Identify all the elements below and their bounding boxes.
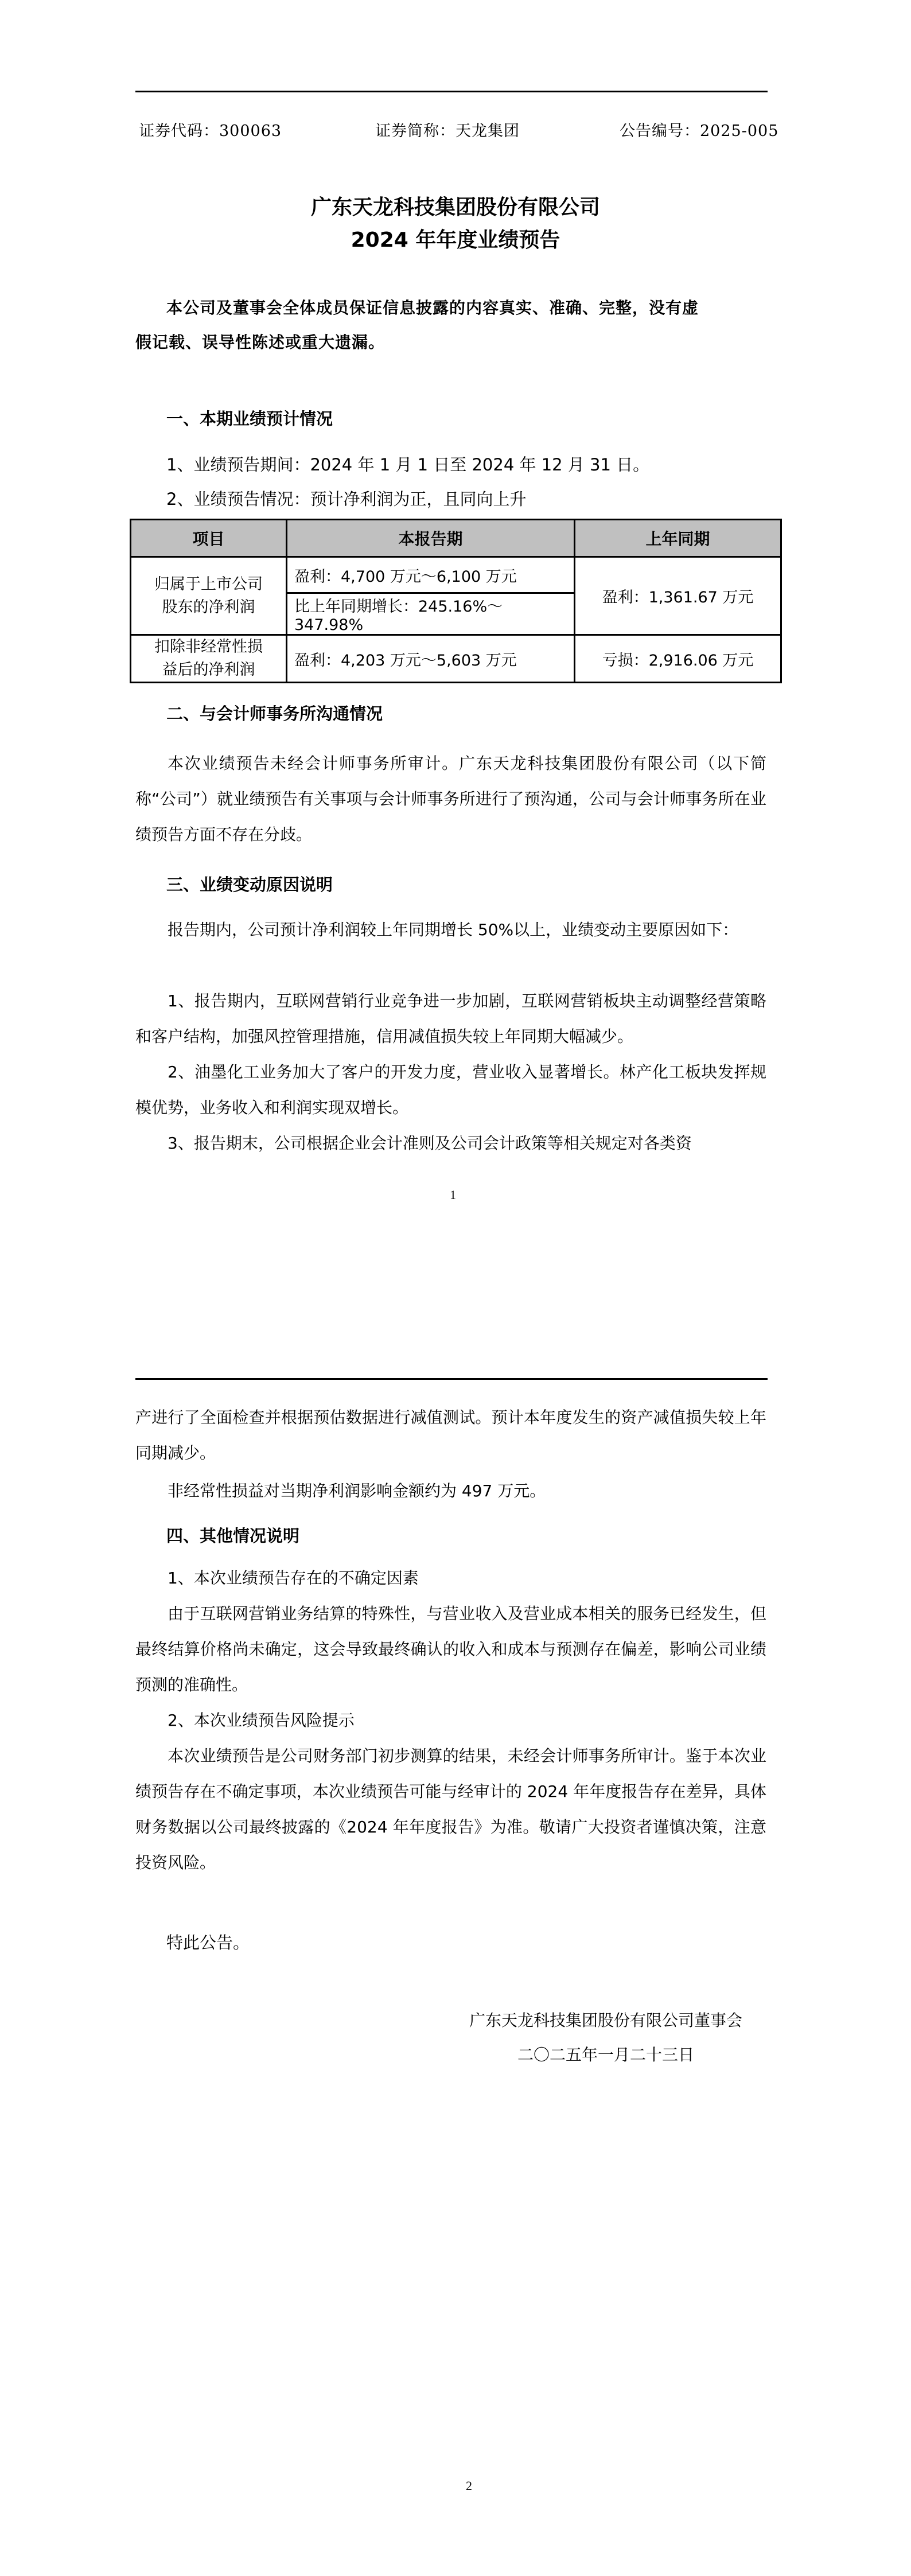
row-item-net-profit: 归属于上市公司 股东的净利润	[131, 557, 287, 635]
nonrecurring-gain-loss: 非经常性损益对当期净利润影响金额约为 497 万元。	[135, 1473, 766, 1509]
page2-top-rule	[135, 1378, 768, 1380]
company-title: 广东天龙科技集团股份有限公司	[0, 191, 911, 220]
forecast-table: 项目 本报告期 上年同期 归属于上市公司 股东的净利润 盈利：4,700 万元～…	[130, 519, 782, 683]
section2-paragraph: 本次业绩预告未经会计师事务所审计。广东天龙科技集团股份有限公司（以下简称“公司”…	[135, 746, 766, 853]
forecast-situation: 2、业绩预告情况：预计净利润为正，且同向上升	[166, 488, 526, 511]
stock-abbreviation: 证券简称：天龙集团	[375, 118, 520, 141]
section1-heading: 一、本期业绩预计情况	[166, 406, 333, 430]
table-row: 归属于上市公司 股东的净利润 盈利：4,700 万元～6,100 万元 盈利：1…	[131, 557, 781, 593]
section4-heading: 四、其他情况说明	[166, 1523, 299, 1547]
header-previous-period: 上年同期	[575, 520, 781, 557]
current-deducted-net-profit: 盈利：4,203 万元～5,603 万元	[287, 635, 575, 683]
declaration-line-2: 假记载、误导性陈述或重大遗漏。	[135, 330, 385, 353]
previous-deducted-net-profit: 亏损：2,916.06 万元	[575, 635, 781, 683]
uncertainty-paragraph: 由于互联网营销业务结算的特殊性，与营业收入及营业成本相关的服务已经发生，但最终结…	[135, 1596, 766, 1703]
header-item: 项目	[131, 520, 287, 557]
declaration-line-1: 本公司及董事会全体成员保证信息披露的内容真实、准确、完整，没有虚	[166, 295, 699, 318]
item-line: 扣除非经常性损	[134, 636, 283, 659]
notice-number: 公告编号：2025-005	[620, 118, 778, 141]
section2-heading: 二、与会计师事务所沟通情况	[166, 701, 383, 725]
item-line: 归属于上市公司	[134, 573, 283, 596]
forecast-period: 1、业绩预告期间：2024 年 1 月 1 日至 2024 年 12 月 31 …	[166, 453, 649, 476]
reason-1: 1、报告期内，互联网营销行业竞争进一步加剧，互联网营销板块主动调整经营策略和客户…	[135, 983, 766, 1054]
stock-code: 证券代码：300063	[139, 118, 282, 141]
page-number-1: 1	[450, 1188, 456, 1203]
table-header-row: 项目 本报告期 上年同期	[131, 520, 781, 557]
reason-2: 2、油墨化工业务加大了客户的开发力度，营业收入显著增长。林产化工板块发挥规模优势…	[135, 1054, 766, 1126]
risk-paragraph: 本次业绩预告是公司财务部门初步测算的结果，未经会计师事务所审计。鉴于本次业绩预告…	[135, 1738, 766, 1881]
item-line: 益后的净利润	[134, 659, 283, 682]
closing-statement: 特此公告。	[166, 1925, 250, 1960]
reason-3-part2: 产进行了全面检查并根据预估数据进行减值测试。预计本年度发生的资产减值损失较上年同…	[135, 1400, 766, 1471]
uncertainty-heading: 1、本次业绩预告存在的不确定因素	[135, 1561, 766, 1596]
previous-net-profit: 盈利：1,361.67 万元	[575, 557, 781, 635]
item-line: 股东的净利润	[134, 596, 283, 619]
document-title: 2024 年年度业绩预告	[0, 224, 911, 253]
table-row: 扣除非经常性损 益后的净利润 盈利：4,203 万元～5,603 万元 亏损：2…	[131, 635, 781, 683]
growth-rate: 比上年同期增长：245.16%～347.98%	[287, 593, 575, 635]
signature-date: 二〇二五年一月二十三日	[517, 2042, 694, 2065]
section3-heading: 三、业绩变动原因说明	[166, 872, 333, 896]
signature-board: 广东天龙科技集团股份有限公司董事会	[469, 2008, 742, 2031]
section3-intro: 报告期内，公司预计净利润较上年同期增长 50%以上，业绩变动主要原因如下：	[135, 912, 766, 948]
risk-heading: 2、本次业绩预告风险提示	[135, 1703, 766, 1738]
reason-3-part1: 3、报告期末，公司根据企业会计准则及公司会计政策等相关规定对各类资	[135, 1126, 766, 1161]
page1-top-rule	[135, 91, 768, 92]
page-number-2: 2	[466, 2478, 472, 2493]
current-net-profit: 盈利：4,700 万元～6,100 万元	[287, 557, 575, 593]
row-item-deducted-net-profit: 扣除非经常性损 益后的净利润	[131, 635, 287, 683]
header-current-period: 本报告期	[287, 520, 575, 557]
